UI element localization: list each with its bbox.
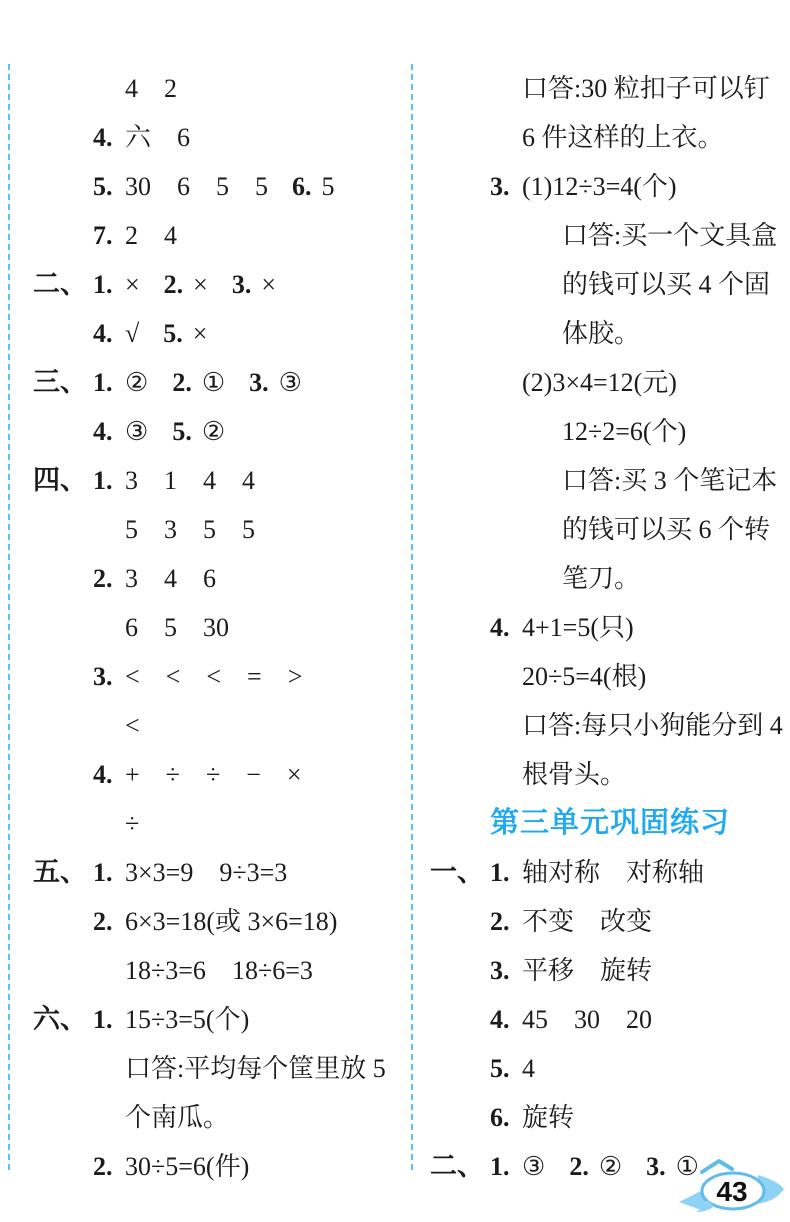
answer-line: 6530 (33, 603, 409, 652)
answer-text: 5 (125, 515, 138, 544)
item-number: 4. (93, 309, 125, 358)
answer-text: 4 (203, 466, 216, 495)
answer-text: × (193, 270, 208, 299)
answer-text: 45 (522, 1005, 548, 1034)
answer-text: < (166, 662, 181, 691)
answer-text: 30 (574, 1005, 600, 1034)
page-number-badge: 43 (674, 1156, 790, 1220)
answer-line: (2)3×4=12(元) (430, 358, 790, 407)
answer-text: 对称轴 (626, 858, 704, 887)
answer-text: 4 (125, 74, 138, 103)
page-border-left (8, 64, 10, 1170)
answer-text: 平移 (522, 956, 574, 985)
answer-column-left: 424.六65.306556.57.24二、1.×2.×3.×4.√5.×三、1… (33, 64, 409, 1191)
item-number: 1. (93, 456, 125, 505)
answer-text: 4 (164, 564, 177, 593)
answer-text: 20 (626, 1005, 652, 1034)
item-number: 2. (172, 358, 192, 407)
item-number: 2. (93, 897, 125, 946)
answer-text: 4 (522, 1054, 535, 1083)
answer-text: 5 (164, 613, 177, 642)
answer-text: ③ (125, 417, 148, 446)
item-number: 2. (93, 1142, 125, 1191)
answer-text: 口答:买 3 个笔记本 (562, 466, 777, 495)
answer-text: 9÷3=3 (219, 858, 287, 887)
answer-line: 4.√5.× (33, 309, 409, 358)
answer-line: 4.453020 (430, 995, 790, 1044)
answer-text: ③ (279, 368, 302, 397)
answer-line: 根骨头。 (430, 750, 790, 799)
answer-line: 六、1.15÷3=5(个) (33, 995, 409, 1044)
section-marker: 五、 (33, 848, 93, 897)
answer-line: 2.346 (33, 554, 409, 603)
answer-text: 根骨头。 (522, 760, 626, 789)
answer-text: 口答:买一个文具盒 (562, 221, 777, 250)
answer-line: 18÷3=618÷6=3 (33, 946, 409, 995)
item-number: 2. (490, 897, 522, 946)
section-marker: 二、 (33, 260, 93, 309)
answer-text: 体胶。 (562, 319, 640, 348)
item-number: 1. (93, 995, 125, 1044)
answer-text: 12÷2=6(个) (562, 417, 686, 446)
rocket-icon: 43 (674, 1156, 790, 1220)
answer-text: 30 (125, 172, 151, 201)
answer-line: 4.六6 (33, 113, 409, 162)
answer-text: < (206, 662, 221, 691)
answer-text: ② (202, 417, 225, 446)
answer-text: 口答:每只小狗能分到 4 (522, 711, 783, 740)
answer-line: 5.306556.5 (33, 162, 409, 211)
answer-text: 5 (203, 515, 216, 544)
answer-text: × (125, 270, 140, 299)
section-marker: 二、 (430, 1142, 490, 1191)
answer-text: 20÷5=4(根) (522, 662, 646, 691)
answer-text: 6 (203, 564, 216, 593)
answer-text: 4 (164, 221, 177, 250)
answer-line: 3.<<<=> (33, 652, 409, 701)
answer-text: 改变 (600, 907, 652, 936)
answer-text: 6 (125, 613, 138, 642)
item-number: 4. (93, 407, 125, 456)
item-number: 1. (93, 848, 125, 897)
answer-text: × (261, 270, 276, 299)
answer-text: 30 (203, 613, 229, 642)
answer-line: 的钱可以买 4 个固 (430, 260, 790, 309)
item-number: 4. (93, 113, 125, 162)
item-number: 2. (164, 260, 184, 309)
answer-line: 口答:买一个文具盒 (430, 211, 790, 260)
answer-line: 口答:每只小狗能分到 4 (430, 701, 790, 750)
answer-line: 体胶。 (430, 309, 790, 358)
answer-column-right-top: 口答:30 粒扣子可以钉6 件这样的上衣。3.(1)12÷3=4(个)口答:买一… (430, 64, 790, 799)
answer-text: 的钱可以买 4 个固 (562, 270, 770, 299)
item-number: 3. (490, 162, 522, 211)
answer-column-right-bottom: 一、1.轴对称对称轴2.不变改变3.平移旋转4.4530205.46.旋转二、1… (430, 848, 790, 1191)
item-number: 5. (163, 309, 183, 358)
item-number: 4. (490, 603, 522, 652)
answer-text: √ (125, 319, 139, 348)
answer-text: 3×3=9 (125, 858, 193, 887)
answer-line: 4.③5.② (33, 407, 409, 456)
item-number: 3. (232, 260, 252, 309)
answer-text: 口答:30 粒扣子可以钉 (522, 74, 770, 103)
answer-line: < (33, 701, 409, 750)
answer-text: ÷ (206, 760, 220, 789)
answer-text: 6 (177, 123, 190, 152)
answer-text: 的钱可以买 6 个转 (562, 515, 770, 544)
answer-text: 18÷6=3 (232, 956, 313, 985)
item-number: 4. (490, 995, 522, 1044)
answer-text: (1)12÷3=4(个) (522, 172, 677, 201)
answer-line: 3.平移旋转 (430, 946, 790, 995)
answer-text: < (125, 662, 140, 691)
answer-text: 30÷5=6(件) (125, 1152, 249, 1181)
answer-text: 个南瓜。 (125, 1103, 229, 1132)
answer-text: 口答:平均每个筐里放 5 (125, 1054, 386, 1083)
item-number: 1. (93, 358, 125, 407)
item-number: 1. (490, 848, 522, 897)
answer-text: ② (125, 368, 148, 397)
item-number: 6. (292, 162, 312, 211)
item-number: 3. (490, 946, 522, 995)
answer-text: 6×3=18(或 3×6=18) (125, 907, 337, 936)
answer-line: ÷ (33, 799, 409, 848)
answer-line: 5.4 (430, 1044, 790, 1093)
answer-text: 5 (216, 172, 229, 201)
answer-text: > (288, 662, 303, 691)
answer-text: × (193, 319, 208, 348)
item-number: 3. (249, 358, 269, 407)
section-marker: 四、 (33, 456, 93, 505)
section-marker: 一、 (430, 848, 490, 897)
answer-line: 3.(1)12÷3=4(个) (430, 162, 790, 211)
item-number: 5. (490, 1044, 522, 1093)
answer-line: 笔刀。 (430, 554, 790, 603)
answer-text: 4+1=5(只) (522, 613, 634, 642)
answer-text: 2 (164, 74, 177, 103)
answer-text: 4 (242, 466, 255, 495)
answer-text: ① (202, 368, 225, 397)
answer-line: 2.不变改变 (430, 897, 790, 946)
answer-text: 笔刀。 (562, 564, 640, 593)
item-number: 5. (93, 162, 125, 211)
answer-line: 口答:买 3 个笔记本 (430, 456, 790, 505)
item-number: 2. (569, 1142, 589, 1191)
answer-text: 不变 (522, 907, 574, 936)
answer-line: 口答:平均每个筐里放 5 (33, 1044, 409, 1093)
answer-text: × (287, 760, 302, 789)
answer-line: 2.6×3=18(或 3×6=18) (33, 897, 409, 946)
answer-line: 4.+÷÷−× (33, 750, 409, 799)
answer-text: 旋转 (522, 1103, 574, 1132)
item-number: 4. (93, 750, 125, 799)
answer-text: + (125, 760, 140, 789)
answer-line: 42 (33, 64, 409, 113)
answer-line: 6.旋转 (430, 1093, 790, 1142)
answer-text: (2)3×4=12(元) (522, 368, 677, 397)
answer-text: 3 (164, 515, 177, 544)
answer-text: 18÷3=6 (125, 956, 206, 985)
answer-text: 15÷3=5(个) (125, 1005, 249, 1034)
answer-line: 12÷2=6(个) (430, 407, 790, 456)
answer-line: 6 件这样的上衣。 (430, 113, 790, 162)
answer-text: 6 (177, 172, 190, 201)
answer-text: 六 (125, 123, 151, 152)
answer-line: 20÷5=4(根) (430, 652, 790, 701)
answer-text: ② (599, 1152, 622, 1181)
answer-text: 3 (125, 466, 138, 495)
answer-text: 5 (242, 515, 255, 544)
answer-line: 的钱可以买 6 个转 (430, 505, 790, 554)
answer-text: 5 (322, 172, 335, 201)
answer-text: 轴对称 (522, 858, 600, 887)
section-marker: 六、 (33, 995, 93, 1044)
page-number: 43 (716, 1176, 747, 1207)
item-number: 1. (93, 260, 125, 309)
answer-line: 4.4+1=5(只) (430, 603, 790, 652)
item-number: 3. (646, 1142, 666, 1191)
item-number: 1. (490, 1142, 522, 1191)
answer-text: 2 (125, 221, 138, 250)
answer-text: ÷ (125, 809, 139, 838)
answer-line: 四、1.3144 (33, 456, 409, 505)
answer-line: 口答:30 粒扣子可以钉 (430, 64, 790, 113)
section-heading: 第三单元巩固练习 (430, 799, 790, 848)
answer-line: 7.24 (33, 211, 409, 260)
answer-text: 3 (125, 564, 138, 593)
item-number: 6. (490, 1093, 522, 1142)
answer-text: ÷ (166, 760, 180, 789)
item-number: 5. (172, 407, 192, 456)
answer-text: 6 件这样的上衣。 (522, 123, 724, 152)
answer-text: < (125, 711, 140, 740)
answer-text: 旋转 (600, 956, 652, 985)
answer-line: 三、1.②2.①3.③ (33, 358, 409, 407)
section-marker: 三、 (33, 358, 93, 407)
item-number: 7. (93, 211, 125, 260)
answer-line: 个南瓜。 (33, 1093, 409, 1142)
answer-line: 一、1.轴对称对称轴 (430, 848, 790, 897)
answer-page: { "page": { "number": "43" }, "colors": … (0, 0, 790, 1222)
answer-line: 五、1.3×3=99÷3=3 (33, 848, 409, 897)
answer-text: − (246, 760, 261, 789)
answer-line: 二、1.×2.×3.× (33, 260, 409, 309)
answer-text: ③ (522, 1152, 545, 1181)
answer-text: = (247, 662, 262, 691)
item-number: 2. (93, 554, 125, 603)
answer-text: 5 (255, 172, 268, 201)
item-number: 3. (93, 652, 125, 701)
answer-line: 5355 (33, 505, 409, 554)
column-divider (411, 64, 413, 1170)
answer-text: 1 (164, 466, 177, 495)
answer-line: 2.30÷5=6(件) (33, 1142, 409, 1191)
